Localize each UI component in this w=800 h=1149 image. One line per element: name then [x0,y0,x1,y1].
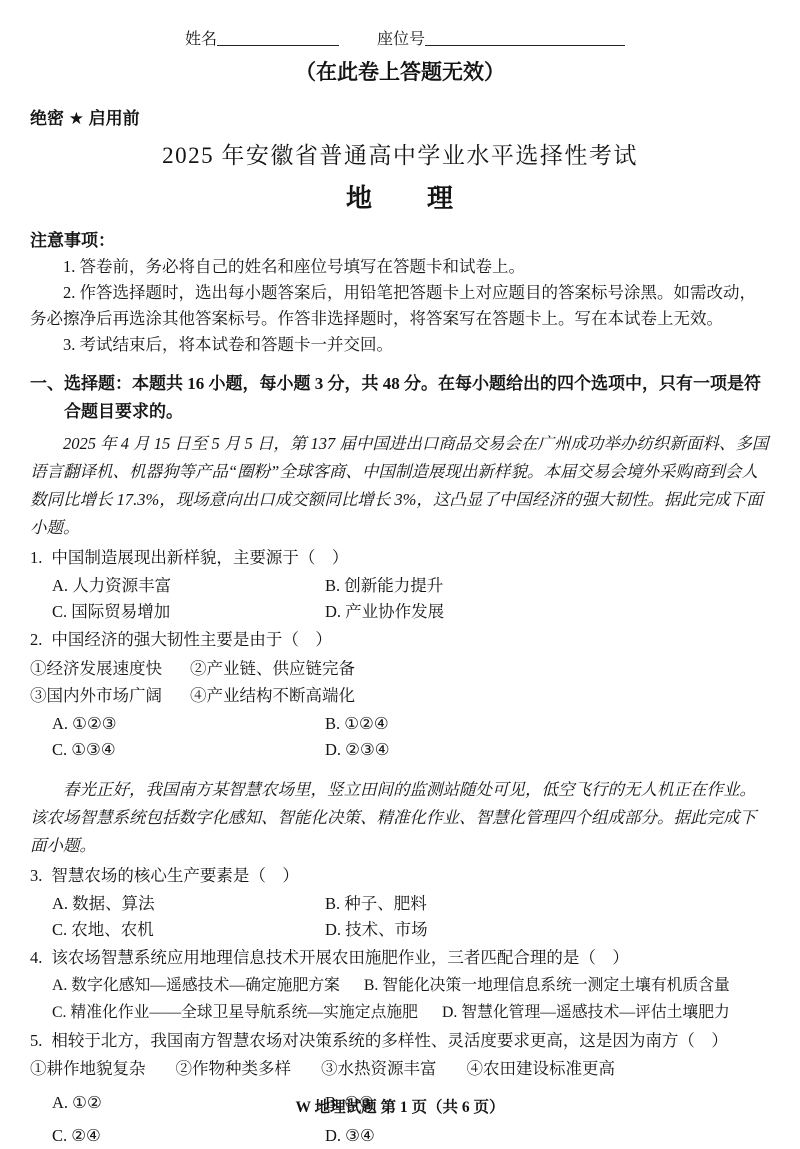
question-number: 1. [30,548,42,567]
option-d: D. 技术、市场 [325,917,770,942]
question-2-options: A. ①②③ B. ①②④ C. ①③④ D. ②③④ [30,711,770,762]
note-item-2: 2. 作答选择题时，选出每小题答案后，用铅笔把答题卡上对应题目的答案标号涂黑。如… [30,280,770,332]
question-text: 中国经济的强大韧性主要是由于（ ） [51,630,332,649]
subitem-2: ②作物种类多样 [176,1056,292,1082]
note-item-3: 3. 考试结束后，将本试卷和答题卡一并交回。 [30,332,770,358]
page-footer: W 地理试题 第 1 页（共 6 页） [0,1098,800,1118]
name-label: 姓名 [185,31,217,48]
question-1-options: A. 人力资源丰富 B. 创新能力提升 C. 国际贸易增加 D. 产业协作发展 [30,573,770,624]
option-c: C. 国际贸易增加 [52,599,325,624]
option-d: D. 产业协作发展 [325,599,770,624]
notes-heading: 注意事项： [30,228,770,254]
option-a: A. 人力资源丰富 [52,573,325,598]
seat-blank-line [425,30,625,46]
question-4-stem: 4.该农场智慧系统应用地理信息技术开展农田施肥作业，三者匹配合理的是（ ） [30,945,770,971]
option-c: C. 精准化作业——全球卫星导航系统—实施定点施肥 [52,1000,418,1025]
option-d: D. 智慧化管理—遥感技术—评估土壤肥力 [442,1000,730,1025]
security-classification: 绝密 ★ 启用前 [30,108,770,130]
page-content: 姓名 座位号 （在此卷上答题无效） 绝密 ★ 启用前 2025 年安徽省普通高中… [0,0,800,1148]
question-1: 1.中国制造展现出新样貌，主要源于（ ） A. 人力资源丰富 B. 创新能力提升… [30,545,770,624]
subitem-4: ④农田建设标准更高 [467,1056,616,1082]
question-1-stem: 1.中国制造展现出新样貌，主要源于（ ） [30,545,770,571]
invalid-notice: （在此卷上答题无效） [30,58,770,88]
question-3-options: A. 数据、算法 B. 种子、肥料 C. 农地、农机 D. 技术、市场 [30,891,770,942]
seat-label: 座位号 [377,31,425,48]
question-number: 4. [30,948,42,967]
option-a: A. ①②③ [52,711,325,736]
question-2-subitems: ①经济发展速度快 ②产业链、供应链完备 ③国内外市场广阔 ④产业结构不断高端化 [30,655,770,709]
question-5-stem: 5.相较于北方，我国南方智慧农场对决策系统的多样性、灵活度要求更高，这是因为南方… [30,1028,770,1054]
question-number: 5. [30,1031,42,1050]
exam-title: 2025 年安徽省普通高中学业水平选择性考试 [30,140,770,172]
option-c: C. ②④ [52,1123,325,1148]
option-c: C. 农地、农机 [52,917,325,942]
question-text: 智慧农场的核心生产要素是（ ） [51,866,299,885]
question-3: 3.智慧农场的核心生产要素是（ ） A. 数据、算法 B. 种子、肥料 C. 农… [30,863,770,942]
name-field: 姓名 [185,31,343,48]
section-one-heading: 一、选择题：本题共 16 小题，每小题 3 分，共 48 分。在每小题给出的四个… [30,370,770,426]
option-a: A. 数据、算法 [52,891,325,916]
question-3-stem: 3.智慧农场的核心生产要素是（ ） [30,863,770,889]
seat-field: 座位号 [377,31,625,48]
option-c: C. ①③④ [52,737,325,762]
question-2: 2.中国经济的强大韧性主要是由于（ ） ①经济发展速度快 ②产业链、供应链完备 … [30,627,770,762]
question-text: 该农场智慧系统应用地理信息技术开展农田施肥作业，三者匹配合理的是（ ） [51,948,629,967]
subitem-3: ③水热资源丰富 [321,1056,437,1082]
subject-title: 地 理 [30,180,770,216]
option-b: B. 创新能力提升 [325,573,770,598]
name-blank-line [217,30,339,46]
option-d: D. ③④ [325,1123,770,1148]
subitem-1: ①耕作地貌复杂 [30,1056,146,1082]
option-b: B. ①②④ [325,711,770,736]
subitem-2: ②产业链、供应链完备 [190,655,770,682]
subitem-3: ③国内外市场广阔 [30,682,190,709]
option-b: B. 种子、肥料 [325,891,770,916]
note-item-1: 1. 答卷前，务必将自己的姓名和座位号填写在答题卡和试卷上。 [30,254,770,280]
question-5-subitems: ①耕作地貌复杂 ②作物种类多样 ③水热资源丰富 ④农田建设标准更高 [30,1056,770,1082]
subitem-1: ①经济发展速度快 [30,655,190,682]
exam-paper-page: 姓名 座位号 （在此卷上答题无效） 绝密 ★ 启用前 2025 年安徽省普通高中… [0,0,800,1149]
question-number: 2. [30,630,42,649]
question-5: 5.相较于北方，我国南方智慧农场对决策系统的多样性、灵活度要求更高，这是因为南方… [30,1028,770,1148]
notes-block: 注意事项： 1. 答卷前，务必将自己的姓名和座位号填写在答题卡和试卷上。 2. … [30,228,770,358]
passage-2: 春光正好，我国南方某智慧农场里，竖立田间的监测站随处可见，低空飞行的无人机正在作… [30,776,770,860]
question-text: 相较于北方，我国南方智慧农场对决策系统的多样性、灵活度要求更高，这是因为南方（ … [51,1031,728,1050]
option-b: B. 智能化决策一地理信息系统一测定土壤有机质含量 [364,973,730,998]
question-text: 中国制造展现出新样貌，主要源于（ ） [51,548,348,567]
subitem-4: ④产业结构不断高端化 [190,682,770,709]
question-4-options-row-1: A. 数字化感知—遥感技术—确定施肥方案 B. 智能化决策一地理信息系统一测定土… [30,973,770,998]
question-4: 4.该农场智慧系统应用地理信息技术开展农田施肥作业，三者匹配合理的是（ ） A.… [30,945,770,1025]
option-d: D. ②③④ [325,737,770,762]
passage-1: 2025 年 4 月 15 日至 5 月 5 日，第 137 届中国进出口商品交… [30,430,770,542]
header-fields: 姓名 座位号 [185,30,770,50]
question-number: 3. [30,866,42,885]
question-2-stem: 2.中国经济的强大韧性主要是由于（ ） [30,627,770,653]
option-a: A. 数字化感知—遥感技术—确定施肥方案 [52,973,340,998]
question-4-options-row-2: C. 精准化作业——全球卫星导航系统—实施定点施肥 D. 智慧化管理—遥感技术—… [30,1000,770,1025]
